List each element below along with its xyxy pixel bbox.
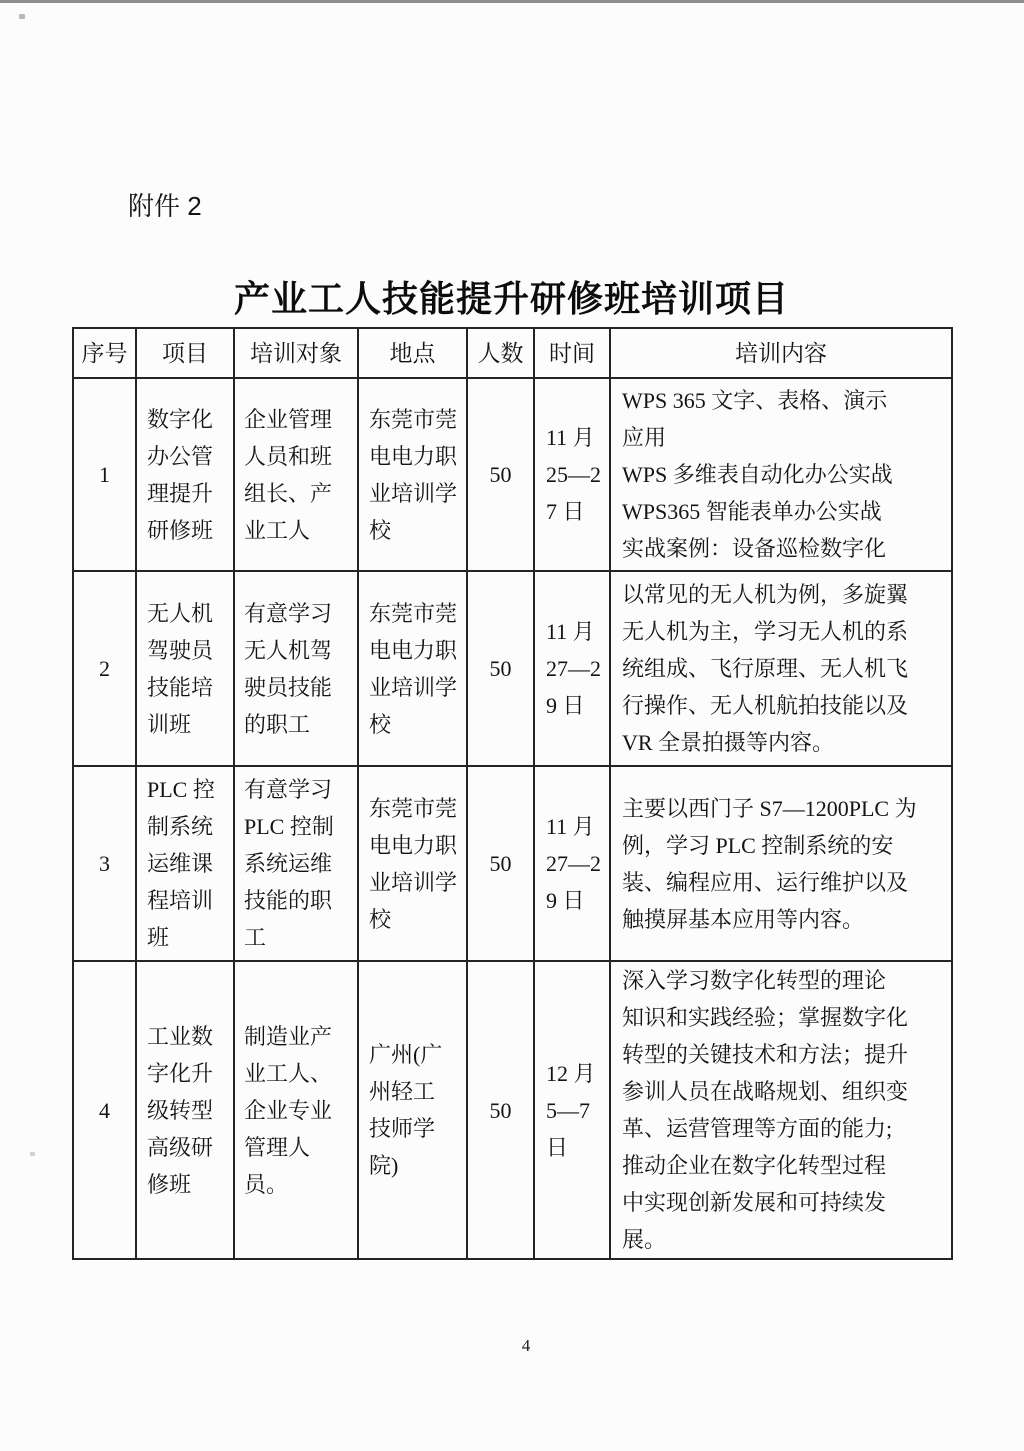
training-projects-table: 序号 项目 培训对象 地点 人数 时间 培训内容 1 数字化 办公管 理提升 研…: [72, 327, 953, 1260]
cell-content: WPS 365 文字、表格、演示 应用 WPS 多维表自动化办公实战 WPS36…: [610, 378, 952, 571]
scan-edge-artifact: [0, 0, 1024, 3]
cell-project: 数字化 办公管 理提升 研修班: [136, 378, 234, 571]
page-number: 4: [0, 1336, 1024, 1356]
header-count: 人数: [467, 328, 534, 378]
cell-seq: 2: [73, 571, 136, 766]
header-seq: 序号: [73, 328, 136, 378]
cell-location: 东莞市莞 电电力职 业培训学 校: [358, 378, 467, 571]
cell-audience: 企业管理 人员和班 组长、产 业工人: [234, 378, 358, 571]
cell-audience: 有意学习 PLC 控制 系统运维 技能的职 工: [234, 766, 358, 961]
cell-project: PLC 控 制系统 运维课 程培训 班: [136, 766, 234, 961]
cell-location: 东莞市莞 电电力职 业培训学 校: [358, 571, 467, 766]
cell-count: 50: [467, 378, 534, 571]
table-row: 1 数字化 办公管 理提升 研修班 企业管理 人员和班 组长、产 业工人 东莞市…: [73, 378, 952, 571]
cell-content: 主要以西门子 S7—1200PLC 为 例，学习 PLC 控制系统的安 装、编程…: [610, 766, 952, 961]
header-audience: 培训对象: [234, 328, 358, 378]
cell-content: 以常见的无人机为例，多旋翼 无人机为主，学习无人机的系 统组成、飞行原理、无人机…: [610, 571, 952, 766]
header-content: 培训内容: [610, 328, 952, 378]
header-location: 地点: [358, 328, 467, 378]
cell-time: 12 月 5—7 日: [534, 961, 610, 1259]
cell-seq: 3: [73, 766, 136, 961]
header-project: 项目: [136, 328, 234, 378]
table-header-row: 序号 项目 培训对象 地点 人数 时间 培训内容: [73, 328, 952, 378]
cell-location: 广州(广 州轻工 技师学 院): [358, 961, 467, 1259]
cell-seq: 1: [73, 378, 136, 571]
cell-project: 工业数 字化升 级转型 高级研 修班: [136, 961, 234, 1259]
cell-content: 深入学习数字化转型的理论 知识和实践经验；掌握数字化 转型的关键技术和方法；提升…: [610, 961, 952, 1259]
cell-time: 11 月 27—2 9 日: [534, 766, 610, 961]
table-row: 2 无人机 驾驶员 技能培 训班 有意学习 无人机驾 驶员技能 的职工 东莞市莞…: [73, 571, 952, 766]
cell-time: 11 月 27—2 9 日: [534, 571, 610, 766]
cell-count: 50: [467, 571, 534, 766]
table-row: 4 工业数 字化升 级转型 高级研 修班 制造业产 业工人、 企业专业 管理人 …: [73, 961, 952, 1259]
cell-time: 11 月 25—2 7 日: [534, 378, 610, 571]
header-time: 时间: [534, 328, 610, 378]
table-row: 3 PLC 控 制系统 运维课 程培训 班 有意学习 PLC 控制 系统运维 技…: [73, 766, 952, 961]
cell-project: 无人机 驾驶员 技能培 训班: [136, 571, 234, 766]
cell-count: 50: [467, 961, 534, 1259]
cell-seq: 4: [73, 961, 136, 1259]
cell-audience: 有意学习 无人机驾 驶员技能 的职工: [234, 571, 358, 766]
scan-speck: [19, 14, 25, 19]
cell-count: 50: [467, 766, 534, 961]
cell-audience: 制造业产 业工人、 企业专业 管理人 员。: [234, 961, 358, 1259]
cell-location: 东莞市莞 电电力职 业培训学 校: [358, 766, 467, 961]
scan-speck: [30, 1152, 35, 1156]
attachment-label: 附件 2: [128, 191, 202, 221]
document-title: 产业工人技能提升研修班培训项目: [72, 276, 951, 322]
